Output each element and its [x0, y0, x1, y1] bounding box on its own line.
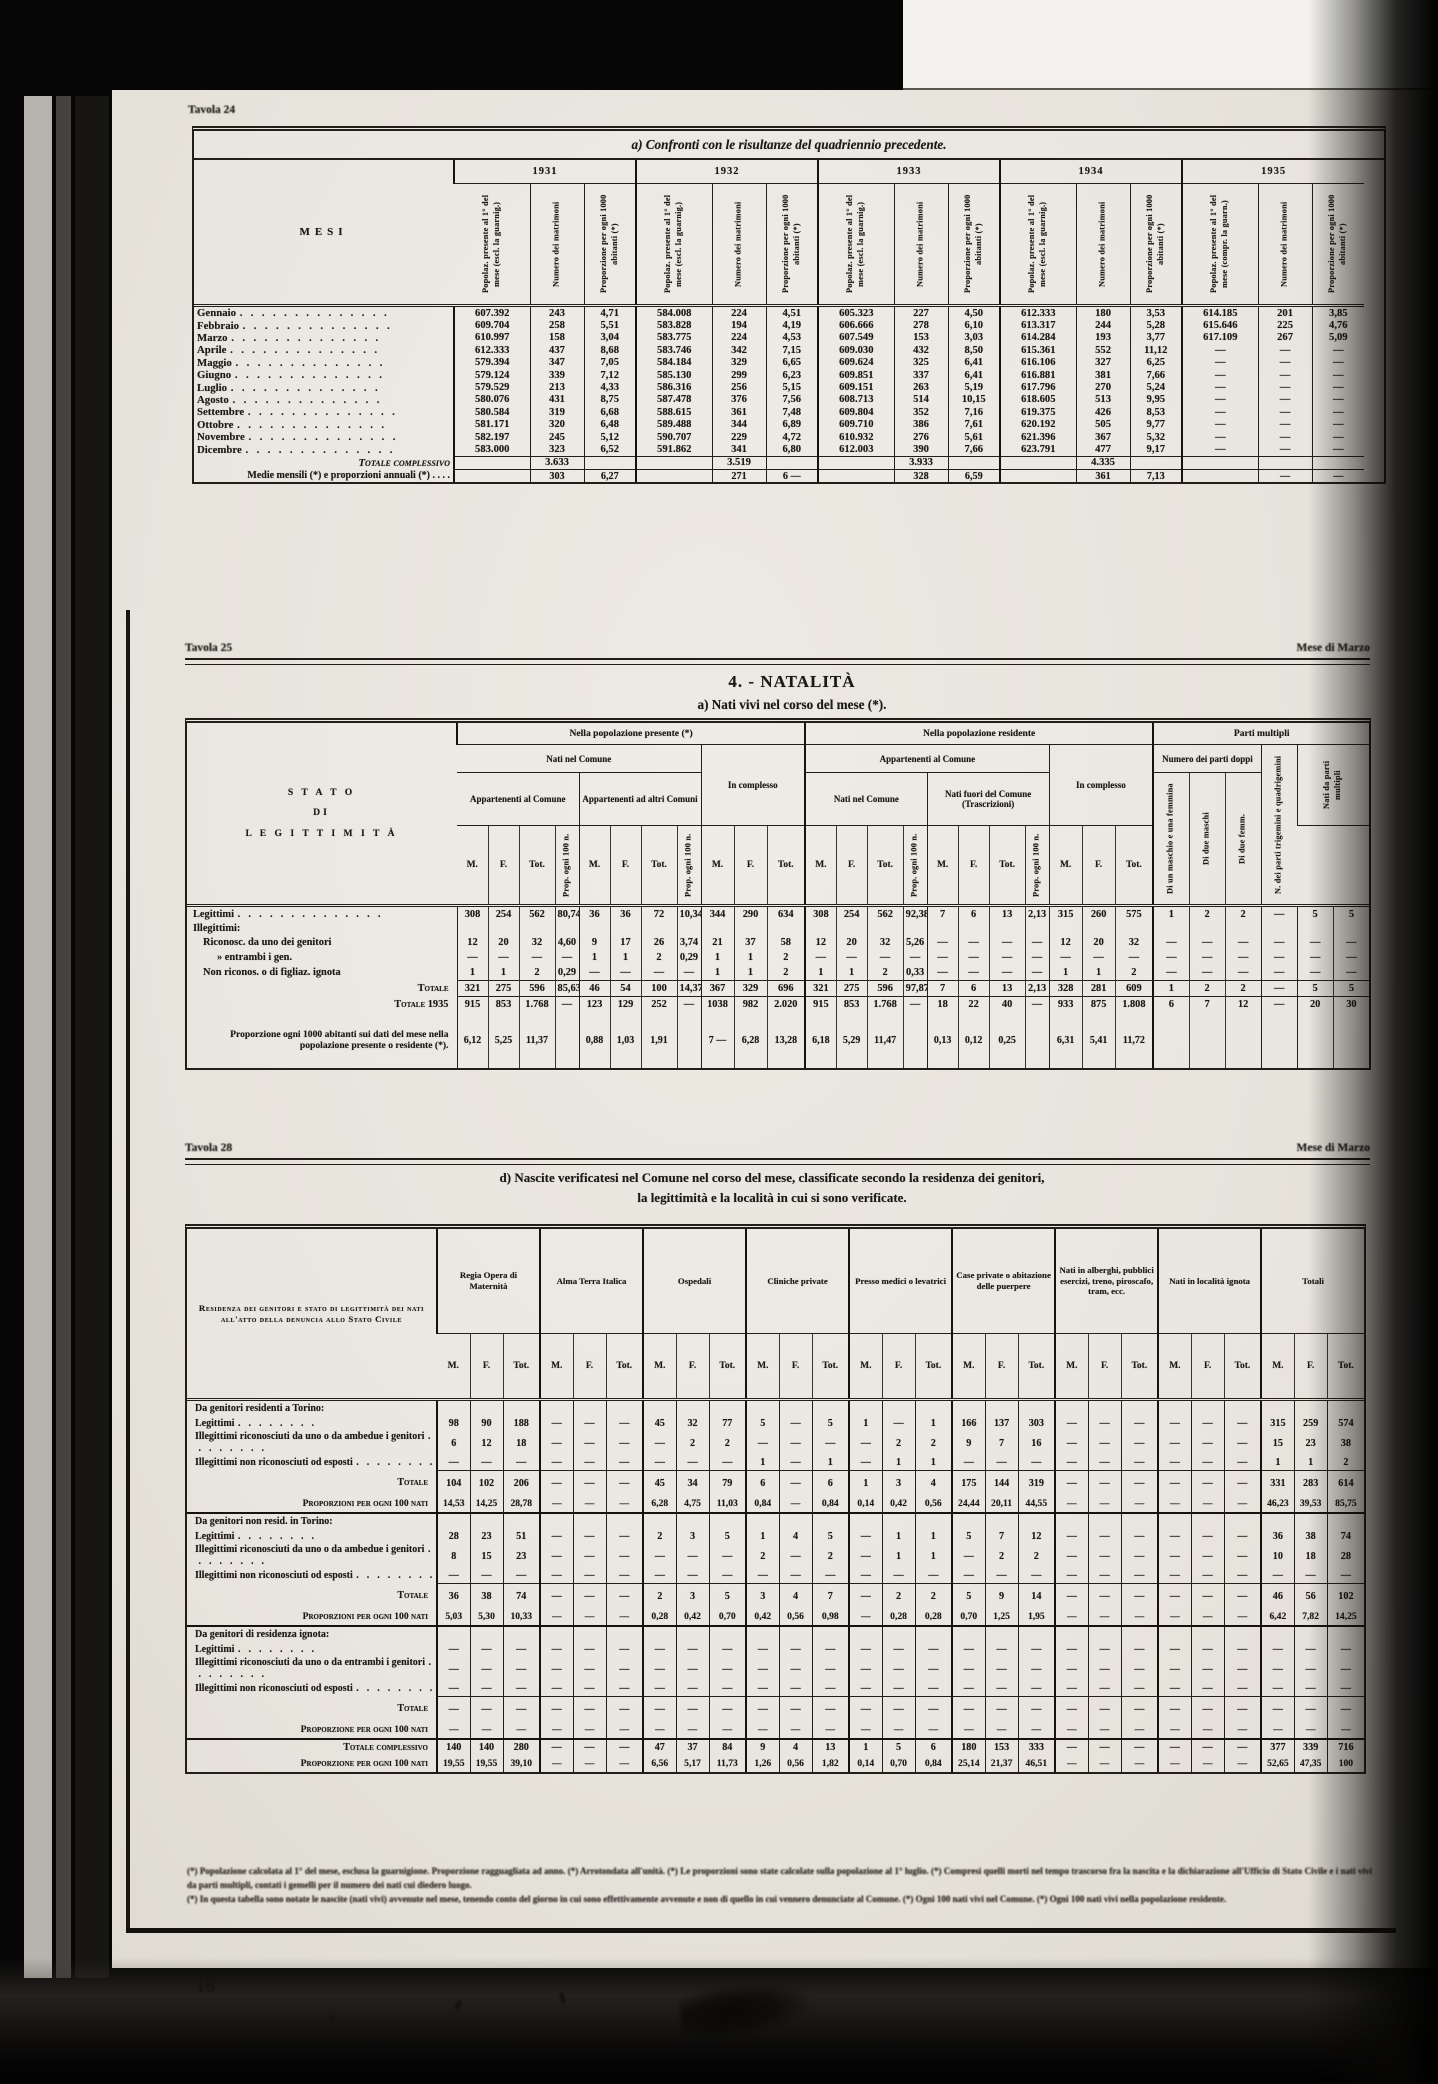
cell: 6 — [958, 906, 989, 923]
cell: 9 — [985, 1584, 1018, 1609]
cell — [437, 1513, 470, 1529]
row-label-text: Illegittimi: — [193, 923, 240, 934]
cell: 1 — [457, 965, 488, 981]
cell — [985, 1400, 1018, 1417]
table-row: Illegittimi riconosciuti da uno o da ent… — [187, 1657, 1364, 1681]
female-header: F. — [573, 1334, 606, 1400]
cell: — — [457, 950, 488, 965]
cell: — — [882, 1657, 915, 1681]
table-row: Illegittimi non riconosciuti od esposti—… — [187, 1681, 1364, 1697]
cell: — — [915, 1681, 952, 1697]
cell: — — [643, 1681, 676, 1697]
cell: 32 — [676, 1416, 709, 1431]
natalita-section-title: 4. - NATALITÀ — [242, 672, 1342, 692]
cell: — — [503, 1657, 540, 1681]
cell: — — [555, 997, 579, 1013]
cell: — — [1258, 443, 1312, 456]
cell: 0,13 — [927, 1012, 958, 1068]
cell: — — [1055, 1544, 1088, 1568]
legitimacy-stub-header: S T A T O DI L E G I T T I M I T À — [187, 723, 457, 906]
cell: — — [503, 1642, 540, 1657]
row-label: Proporzione per ogni 100 nati — [187, 1755, 437, 1772]
cell: — — [1191, 1431, 1224, 1455]
cell: 0,84 — [746, 1495, 779, 1513]
marriages-number-header: Numero dei matrimoni — [712, 184, 766, 306]
female-header: F. — [836, 826, 867, 906]
cell: 227 — [894, 306, 948, 320]
section-row: Da genitori di residenza ignota: — [187, 1626, 1364, 1642]
cell: 129 — [610, 997, 641, 1013]
cell: — — [1224, 1608, 1261, 1626]
cell: 303 — [1018, 1416, 1055, 1431]
cell: 1,95 — [1018, 1608, 1055, 1626]
cell: — — [437, 1642, 470, 1657]
cell — [812, 1513, 849, 1529]
cell: — — [1261, 1642, 1294, 1657]
cell: — — [952, 1568, 985, 1584]
table-row: Proporzioni per ogni 100 nati5,035,3010,… — [187, 1608, 1364, 1626]
cell: — — [1191, 1755, 1224, 1772]
cell: 299 — [712, 369, 766, 381]
cell: 0,98 — [812, 1608, 849, 1626]
header-popolazione-residente: Nella popolazione residente — [805, 723, 1153, 745]
live-births-table-wrap: S T A T O DI L E G I T T I M I T À Nella… — [185, 718, 1371, 1070]
cell: — — [1182, 443, 1258, 456]
cell: — — [1088, 1721, 1121, 1739]
cell: — — [1158, 1416, 1191, 1431]
cell: — — [676, 1697, 709, 1722]
cell: — — [676, 1681, 709, 1697]
cell: 36 — [437, 1584, 470, 1609]
cell — [1121, 1513, 1158, 1529]
cell: 18 — [503, 1431, 540, 1455]
cell: — — [746, 1568, 779, 1584]
cell: 123 — [579, 997, 610, 1013]
female-header: F. — [734, 826, 767, 906]
row-label-text: Legittimi — [195, 1418, 315, 1429]
cell: 19,55 — [470, 1755, 503, 1772]
cell: 5,17 — [676, 1755, 709, 1772]
cell: 2 — [641, 950, 677, 965]
cell: 158 — [530, 332, 584, 344]
cell: — — [882, 1681, 915, 1697]
cell: — — [849, 1608, 882, 1626]
cell: 339 — [530, 369, 584, 381]
cell: 0,56 — [779, 1608, 812, 1626]
female-header: F. — [779, 1334, 812, 1400]
cell: — — [606, 1416, 643, 1431]
cell: — — [1182, 406, 1258, 418]
cell: — — [1312, 470, 1364, 483]
total-header: Tot. — [867, 826, 903, 906]
cell: — — [1055, 1608, 1088, 1626]
cell: — — [1224, 1739, 1261, 1755]
cell: 696 — [767, 981, 805, 997]
cell: 7,61 — [948, 419, 1000, 431]
cell: — — [915, 1657, 952, 1681]
cell: 1038 — [701, 997, 734, 1013]
cell: — — [540, 1568, 573, 1584]
cell: 7,15 — [766, 344, 818, 356]
cell: — — [676, 1568, 709, 1584]
cell: 0,25 — [989, 1012, 1025, 1068]
cell: 84 — [709, 1739, 746, 1755]
natalita-subtitle: a) Nati vivi nel corso del mese (*). — [242, 697, 1342, 713]
cell: 0,14 — [849, 1495, 882, 1513]
cell — [1153, 1012, 1189, 1068]
cell: — — [573, 1681, 606, 1697]
male-header: M. — [746, 1334, 779, 1400]
cell: — — [579, 965, 610, 981]
cell — [1258, 456, 1312, 469]
table-row: Legittimi282351———235145—115712——————363… — [187, 1529, 1364, 1544]
cell: 4 — [779, 1529, 812, 1544]
cell: 0,84 — [915, 1755, 952, 1772]
cell: — — [573, 1642, 606, 1657]
year-header: 1934 — [1000, 160, 1182, 184]
cell: 3,53 — [1130, 306, 1182, 320]
cell — [676, 1400, 709, 1417]
cell: 1 — [836, 965, 867, 981]
cell: 579.394 — [454, 357, 530, 369]
male-header: M. — [437, 1334, 470, 1400]
cell: — — [1297, 935, 1333, 950]
cell: 47 — [643, 1739, 676, 1755]
cell: 153 — [985, 1739, 1018, 1755]
cell: — — [882, 1721, 915, 1739]
cell: — — [746, 1697, 779, 1722]
table25-head: S T A T O DI L E G I T T I M I T À Nella… — [187, 723, 1369, 906]
births-by-place-table: Residenza dei genitori e stato di legitt… — [187, 1229, 1364, 1772]
cell — [641, 922, 677, 935]
cell: 4,19 — [766, 319, 818, 331]
cell: 6 — [812, 1471, 849, 1496]
cell: — — [1258, 431, 1312, 443]
male-header: M. — [643, 1334, 676, 1400]
rotated-header-label: Numero dei matrimoni — [552, 188, 563, 300]
cell: 2,13 — [1025, 981, 1049, 997]
cell: — — [606, 1739, 643, 1755]
cell: — — [1158, 1697, 1191, 1722]
cell: 32 — [1115, 935, 1153, 950]
mesi-header: MESI — [194, 160, 454, 306]
cell: 275 — [488, 981, 519, 997]
cell: — — [1088, 1608, 1121, 1626]
cell: 4,50 — [948, 306, 1000, 320]
male-header: M. — [457, 826, 488, 906]
cell: — — [488, 950, 519, 965]
cell: 2 — [643, 1529, 676, 1544]
cell: 10,34 — [677, 906, 701, 923]
cell: 7 — [985, 1431, 1018, 1455]
cell: 5,51 — [584, 319, 636, 331]
male-header: M. — [701, 826, 734, 906]
header-numero-parti-doppi: Numero dei parti doppi — [1153, 745, 1261, 773]
cell: — — [1224, 1657, 1261, 1681]
row-label: Riconosc. da uno dei genitori — [187, 935, 457, 950]
cell: 5,03 — [437, 1608, 470, 1626]
cell: — — [812, 1681, 849, 1697]
cell: 28 — [1327, 1544, 1364, 1568]
adjacent-page-corner — [903, 0, 1438, 90]
proportion-header: Proporzione per ogni 1000 abitanti (*) — [948, 184, 1000, 306]
cell: 46,23 — [1261, 1495, 1294, 1513]
table25-double-rule — [185, 658, 1370, 665]
cell: — — [927, 935, 958, 950]
cell: — — [709, 1721, 746, 1739]
cell: — — [641, 965, 677, 981]
cell: — — [985, 1642, 1018, 1657]
cell — [1333, 1012, 1369, 1068]
cell: 1 — [746, 1529, 779, 1544]
cell: — — [1018, 1455, 1055, 1471]
cell: — — [573, 1568, 606, 1584]
cell: — — [779, 1455, 812, 1471]
cell: 1 — [746, 1455, 779, 1471]
cell: — — [540, 1455, 573, 1471]
cell: 915 — [805, 997, 836, 1013]
cell: — — [1258, 344, 1312, 356]
cell: 0,88 — [579, 1012, 610, 1068]
cell: 92,38 — [903, 906, 927, 923]
cell: — — [779, 1568, 812, 1584]
cell: — — [1333, 950, 1369, 965]
cell: — — [849, 1657, 882, 1681]
cell: — — [1121, 1495, 1158, 1513]
cell: 1 — [882, 1544, 915, 1568]
cell — [1000, 456, 1076, 469]
group-header-8: Nati in località ignota — [1158, 1229, 1261, 1334]
cell: — — [779, 1495, 812, 1513]
table-row: Legittimi——————————————————————————— — [187, 1642, 1364, 1657]
cell: — — [1191, 1739, 1224, 1755]
cell: 2 — [767, 950, 805, 965]
cell: 80,74 — [555, 906, 579, 923]
cell: — — [1191, 1721, 1224, 1739]
cell: — — [437, 1697, 470, 1722]
cell: — — [1088, 1471, 1121, 1496]
cell — [952, 1513, 985, 1529]
cell: — — [1055, 1697, 1088, 1722]
cell: 616.106 — [1000, 357, 1076, 369]
cell: — — [1055, 1471, 1088, 1496]
cell: 3 — [676, 1529, 709, 1544]
cell: 85,75 — [1327, 1495, 1364, 1513]
cell: 17 — [610, 935, 641, 950]
female-header: F. — [610, 826, 641, 906]
cell: — — [573, 1721, 606, 1739]
cell: 22 — [958, 997, 989, 1013]
table-row: Gennaio607.3922434,71584.0082244,51605.3… — [194, 306, 1364, 320]
cell — [677, 922, 701, 935]
cell: 3,85 — [1312, 306, 1364, 320]
cell: — — [1182, 344, 1258, 356]
cell: 26 — [641, 935, 677, 950]
table-row: Proporzione ogni 1000 abitanti sui dati … — [187, 1012, 1369, 1068]
cell — [606, 1400, 643, 1417]
cell: 188 — [503, 1416, 540, 1431]
cell: — — [1258, 369, 1312, 381]
cell: — — [1258, 357, 1312, 369]
cell: 634 — [767, 906, 805, 923]
cell: — — [606, 1657, 643, 1681]
cell: 102 — [1327, 1584, 1364, 1609]
cell: 20,11 — [985, 1495, 1018, 1513]
marriages-number-header: Numero dei matrimoni — [894, 184, 948, 306]
cell: — — [1121, 1584, 1158, 1609]
cell: — — [746, 1721, 779, 1739]
cell: — — [643, 1657, 676, 1681]
cell: 1 — [849, 1739, 882, 1755]
row-label-text: Illegittimi non riconosciuti od esposti — [195, 1683, 433, 1694]
cell: 36 — [610, 906, 641, 923]
cell — [767, 922, 805, 935]
cell: — — [606, 1681, 643, 1697]
cell: 1 — [915, 1455, 952, 1471]
cell — [1297, 1012, 1333, 1068]
cell: 225 — [1258, 319, 1312, 331]
cell: — — [1055, 1721, 1088, 1739]
cell: 12 — [805, 935, 836, 950]
cell: — — [989, 965, 1025, 981]
table-row: Totale363874———235347—225914——————465610… — [187, 1584, 1364, 1609]
cell: — — [985, 1721, 1018, 1739]
female-header: F. — [1294, 1334, 1327, 1400]
cell: 267 — [1258, 332, 1312, 344]
cell: 612.333 — [454, 344, 530, 356]
header-parti-multipli: Parti multipli — [1153, 723, 1369, 745]
cell: 5 — [746, 1416, 779, 1431]
footnotes: (*) Popolazione calcolata al 1° del mese… — [187, 1865, 1372, 1907]
table-row: Legittimi9890188———4532775—51—1166137303… — [187, 1416, 1364, 1431]
cell — [915, 1513, 952, 1529]
row-label-text: Totale complessivo — [358, 457, 450, 469]
cell — [1224, 1400, 1261, 1417]
table-row: Illegittimi non riconosciuti od esposti—… — [187, 1455, 1364, 1471]
cell: — — [540, 1431, 573, 1455]
cell: 45 — [643, 1416, 676, 1431]
cell: 514 — [894, 394, 948, 406]
group-header-2: Alma Terra Italica — [540, 1229, 643, 1334]
cell: — — [1121, 1568, 1158, 1584]
cell: 13 — [812, 1739, 849, 1755]
male-header: M. — [1055, 1334, 1088, 1400]
cell: — — [1294, 1721, 1327, 1739]
cell: — — [812, 1431, 849, 1455]
cell: 13,28 — [767, 1012, 805, 1068]
cell: 2 — [985, 1544, 1018, 1568]
cell: — — [882, 1697, 915, 1722]
row-label: Illegittimi: — [187, 922, 457, 935]
cell: 213 — [530, 381, 584, 393]
cell: 20 — [1297, 997, 1333, 1013]
cell — [746, 1513, 779, 1529]
cell: — — [709, 1657, 746, 1681]
cell: 915 — [457, 997, 488, 1013]
cell: — — [927, 965, 958, 981]
row-label-text: Proporzione per ogni 100 nati — [301, 1724, 428, 1735]
cell: — — [1182, 431, 1258, 443]
table-row: Totale 19359158531.768—123129252—1038982… — [187, 997, 1369, 1013]
table25-caption-row: Tavola 25 Mese di Marzo — [185, 642, 1370, 654]
cell: — — [1158, 1657, 1191, 1681]
cell — [606, 1626, 643, 1642]
row-label-text: Luglio — [197, 382, 379, 394]
cell: 609.851 — [818, 369, 894, 381]
cell: — — [709, 1697, 746, 1722]
cell: 321 — [457, 981, 488, 997]
cell: 5,61 — [948, 431, 1000, 443]
cell: 2 — [1327, 1455, 1364, 1471]
cell: 193 — [1076, 332, 1130, 344]
cell: — — [882, 1568, 915, 1584]
cell: 308 — [805, 906, 836, 923]
cell: 3,04 — [584, 332, 636, 344]
cell: 14,53 — [437, 1495, 470, 1513]
cell: 585.130 — [636, 369, 712, 381]
cell: 5,25 — [488, 1012, 519, 1068]
cell: 352 — [894, 406, 948, 418]
row-label-text: Proporzioni per ogni 100 nati — [303, 1611, 428, 1622]
cell — [1261, 1012, 1297, 1068]
cell: 46 — [579, 981, 610, 997]
cell: 933 — [1049, 997, 1082, 1013]
cell: 38 — [470, 1584, 503, 1609]
table-row: Totale——————————————————————————— — [187, 1697, 1364, 1722]
cell: — — [643, 1431, 676, 1455]
cell: 25,14 — [952, 1755, 985, 1772]
cell — [779, 1400, 812, 1417]
cell: — — [1225, 965, 1261, 981]
cell — [1261, 1400, 1294, 1417]
cell: 2 — [1189, 981, 1225, 997]
cell: 2 — [1225, 981, 1261, 997]
cell — [952, 1626, 985, 1642]
cell — [540, 1513, 573, 1529]
cell: — — [915, 1697, 952, 1722]
cell: 36 — [579, 906, 610, 923]
cell: — — [503, 1697, 540, 1722]
cell: 1 — [1153, 906, 1189, 923]
table28-month-note: Mese di Marzo — [1297, 1142, 1370, 1154]
cell: 0,84 — [812, 1495, 849, 1513]
cell: — — [470, 1697, 503, 1722]
male-header: M. — [952, 1334, 985, 1400]
cell: — — [1088, 1657, 1121, 1681]
cell: — — [676, 1455, 709, 1471]
cell: 0,70 — [882, 1755, 915, 1772]
cell: — — [779, 1416, 812, 1431]
cell: 339 — [1294, 1739, 1327, 1755]
table-row: Ottobre581.1713206,48589.4883446,89609.7… — [194, 419, 1364, 431]
cell: 4,75 — [676, 1495, 709, 1513]
cell: 12 — [1018, 1529, 1055, 1544]
cell: 5,30 — [470, 1608, 503, 1626]
cell: 613.317 — [1000, 319, 1076, 331]
cell: 18 — [927, 997, 958, 1013]
cell: 21,37 — [985, 1755, 1018, 1772]
cell — [1294, 1626, 1327, 1642]
cell: 6 — [437, 1431, 470, 1455]
ink-smudge — [677, 1975, 813, 2045]
cell: 7,48 — [766, 406, 818, 418]
cell: 244 — [1076, 319, 1130, 331]
cell: — — [1261, 950, 1297, 965]
cell: — — [1018, 1721, 1055, 1739]
cell — [676, 1626, 709, 1642]
cell: 44,55 — [1018, 1495, 1055, 1513]
cell: — — [1182, 369, 1258, 381]
